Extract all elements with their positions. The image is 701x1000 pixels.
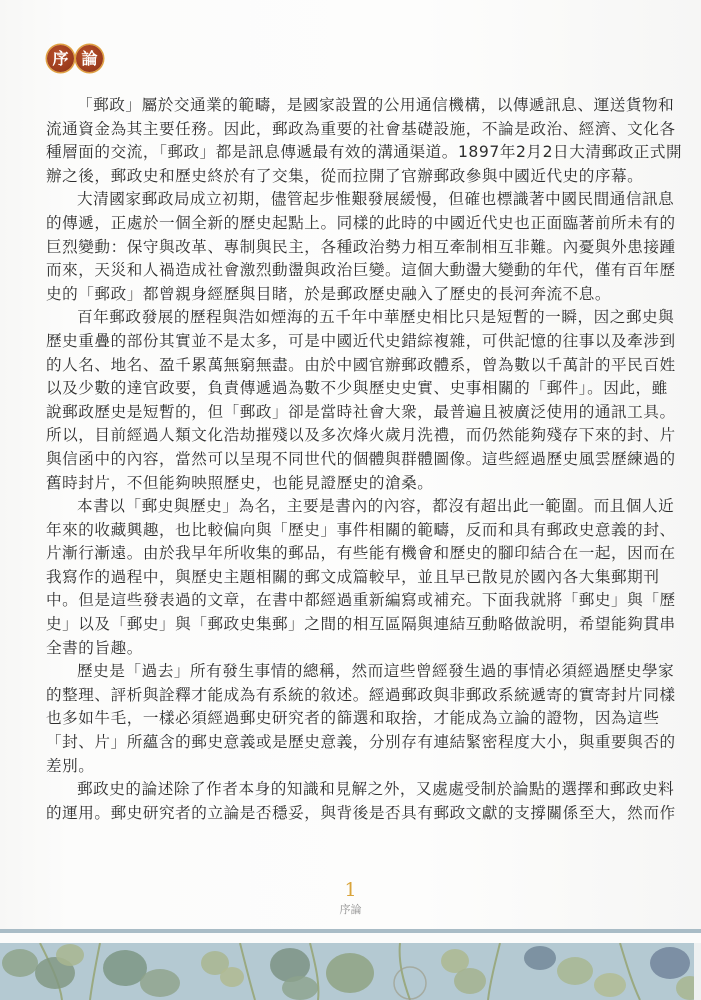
paragraph-4: 本書以「郵史與歷史」為名，主要是書內的內容，都沒有超出此一範圍。而且個人近 年來… <box>46 495 658 660</box>
text-line: 舊時封片，不但能夠映照歷史，也能見證歷史的滄桑。 <box>46 472 658 496</box>
text-line: 差別。 <box>46 755 658 779</box>
section-heading: 序 論 <box>47 45 103 72</box>
text-line: 郵政史的論述除了作者本身的知識和見解之外，又處處受制於論點的選擇和郵政史料 <box>46 778 658 802</box>
text-line: 歷史是「過去」所有發生事情的總稱，然而這些曾經發生過的事情必須經過歷史學家 <box>46 660 658 684</box>
text-line: 全書的旨趣。 <box>46 637 658 661</box>
paragraph-1: 「郵政」屬於交通業的範疇，是國家設置的公用通信機構，以傳遞訊息、運送貨物和 流通… <box>46 94 658 188</box>
text-line: 種層面的交流，「郵政」都是訊息傳遞最有效的溝通渠道。1897年2月2日大清郵政正… <box>46 141 658 165</box>
text-line: 流通資金為其主要任務。因此，郵政為重要的社會基礎設施，不論是政治、經濟、文化各 <box>46 118 658 142</box>
text-line: 而來，天災和人禍造成社會激烈動盪與政治巨變。這個大動盪大變動的年代，僅有百年歷 <box>46 259 658 283</box>
body-text: 「郵政」屬於交通業的範疇，是國家設置的公用通信機構，以傳遞訊息、運送貨物和 流通… <box>46 94 658 825</box>
page-number: 1 <box>0 880 701 900</box>
document-page: 序 論 「郵政」屬於交通業的範疇，是國家設置的公用通信機構，以傳遞訊息、運送貨物… <box>0 0 701 1000</box>
text-line: 以及少數的達官政要，負責傳遞過為數不少與歷史史實、史事相關的「郵件」。因此，雖 <box>46 377 658 401</box>
text-line: 大清國家郵政局成立初期，儘管起步惟艱發展緩慢，但確也標識著中國民間通信訊息 <box>46 188 658 212</box>
botanical-footer-illustration <box>0 943 701 1000</box>
text-line: 所以，目前經過人類文化浩劫摧殘以及多次烽火歲月洗禮，而仍然能夠殘存下來的封、片 <box>46 424 658 448</box>
text-line: 的傳遞，正處於一個全新的歷史起點上。同樣的此時的中國近代史也正面臨著前所未有的 <box>46 212 658 236</box>
text-line: 本書以「郵史與歷史」為名，主要是書內的內容，都沒有超出此一範圍。而且個人近 <box>46 495 658 519</box>
paragraph-6: 郵政史的論述除了作者本身的知識和見解之外，又處處受制於論點的選擇和郵政史料 的運… <box>46 778 658 825</box>
text-line: 與信函中的內容，當然可以呈現不同世代的個體與群體圖像。這些經過歷史風雲歷練過的 <box>46 448 658 472</box>
text-line: 的人名、地名、盈千累萬無窮無盡。由於中國官辦郵政體系，曾為數以千萬計的平民百姓 <box>46 354 658 378</box>
paragraph-5: 歷史是「過去」所有發生事情的總稱，然而這些曾經發生過的事情必須經過歷史學家 的整… <box>46 660 658 778</box>
text-line: 的運用。郵史研究者的立論是否穩妥，與背後是否具有郵政文獻的支撐關係至大，然而作 <box>46 802 658 826</box>
text-line: 辦之後，郵政史和歷史終於有了交集，從而拉開了官辦郵政參與中國近代史的序幕。 <box>46 165 658 189</box>
text-line: 也多如牛毛，一樣必須經過郵史研究者的篩選和取捨，才能成為立論的證物，因為這些 <box>46 707 658 731</box>
text-line: 的整理、評析與詮釋才能成為有系統的敘述。經過郵政與非郵政系統遞寄的實寄封片同樣 <box>46 684 658 708</box>
text-line: 史的「郵政」都曾親身經歷與目睹，於是郵政歷史融入了歷史的長河奔流不息。 <box>46 283 658 307</box>
paragraph-3: 百年郵政發展的歷程與浩如煙海的五千年中華歷史相比只是短暫的一瞬，因之郵史與 歷史… <box>46 306 658 495</box>
leaf-pattern-icon <box>0 943 701 1000</box>
text-line: 說郵政歷史是短暫的，但「郵政」卻是當時社會大衆，最普遍且被廣泛使用的通訊工具。 <box>46 401 658 425</box>
running-footer-label: 序論 <box>0 902 701 918</box>
text-line: 史」以及「郵史」與「郵政史集郵」之間的相互區隔與連結互動略做說明，希望能夠貫串 <box>46 613 658 637</box>
text-line: 「郵政」屬於交通業的範疇，是國家設置的公用通信機構，以傳遞訊息、運送貨物和 <box>46 94 658 118</box>
text-line: 歷史重疊的部份其實並不是太多，可是中國近代史錯綜複雜，可供記憶的往事以及牽涉到 <box>46 330 658 354</box>
text-line: 百年郵政發展的歷程與浩如煙海的五千年中華歷史相比只是短暫的一瞬，因之郵史與 <box>46 306 658 330</box>
heading-badge-1: 序 <box>47 45 74 72</box>
text-line: 年來的收藏興趣，也比較偏向與「歷史」事件相關的範疇，反而和具有郵政史意義的封、 <box>46 519 658 543</box>
page-folio: 1 序論 <box>0 880 701 918</box>
text-line: 巨烈變動：保守與改革、專制與民主，各種政治勢力相互牽制相互非難。內憂與外患接踵 <box>46 236 658 260</box>
heading-badge-2: 論 <box>76 45 103 72</box>
footer-gap <box>0 933 701 943</box>
text-line: 我寫作的過程中，與歷史主題相關的郵文成篇較早，並且早已散見於國內各大集郵期刊 <box>46 566 658 590</box>
text-line: 片漸行漸遠。由於我早年所收集的郵品，有些能有機會和歷史的腳印結合在一起，因而在 <box>46 542 658 566</box>
text-line: 「封、片」所蘊含的郵史意義或是歷史意義，分別存有連結緊密程度大小，與重要與否的 <box>46 731 658 755</box>
text-line: 中。但是這些發表過的文章，在書中都經過重新編寫或補充。下面我就將「郵史」與「歷 <box>46 589 658 613</box>
paragraph-2: 大清國家郵政局成立初期，儘管起步惟艱發展緩慢，但確也標識著中國民間通信訊息 的傳… <box>46 188 658 306</box>
